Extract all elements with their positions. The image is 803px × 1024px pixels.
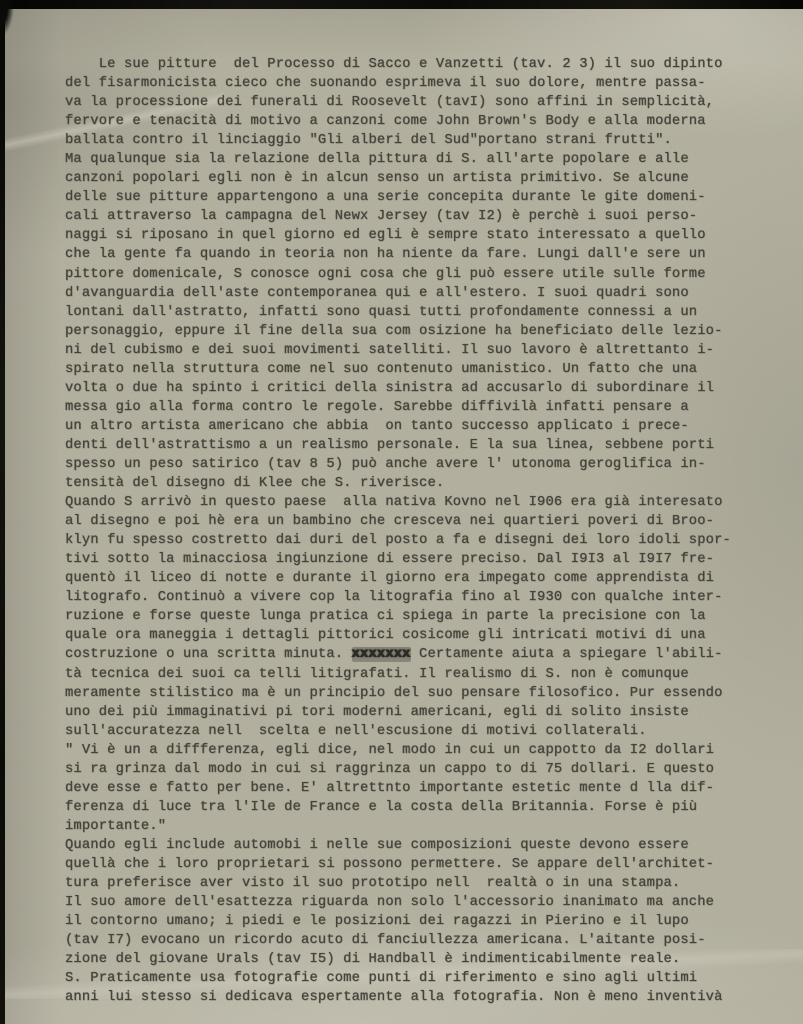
text-line: del fisarmonicista cieco che suonando es… xyxy=(65,74,765,93)
text-line: denti dell'astrattismo a un realismo per… xyxy=(65,436,765,455)
text-line: S. Praticamente usa fotografie come punt… xyxy=(65,969,765,988)
text-line: uno dei più immaginativi pi tori moderni… xyxy=(65,703,765,722)
overstruck-word: xxxxxxx xyxy=(352,647,411,662)
text-line: deve esse e fatto per bene. E' altrettnt… xyxy=(65,779,765,798)
text-line: costruzione o una scritta minuta. xxxxxx… xyxy=(65,645,765,664)
text-line: " Vi è un a diffferenza, egli dice, nel … xyxy=(65,741,765,760)
text-line: Ma qualunque sia la relazione della pitt… xyxy=(65,150,765,169)
scanned-document-page: Le sue pitture del Processo di Sacco e V… xyxy=(0,0,803,1024)
text-line: al disegno e poi hè era un bambino che c… xyxy=(65,512,765,531)
text-line: Le sue pitture del Processo di Sacco e V… xyxy=(65,55,765,74)
text-line: spirato nella struttura come nel suo con… xyxy=(65,360,765,379)
text-line: anni lui stesso si dedicava espertamente… xyxy=(65,988,765,1007)
text-line: tà tecnica dei suoi ca telli litigrafati… xyxy=(65,665,765,684)
text-line: Quando egli include automobi i nelle sue… xyxy=(65,836,765,855)
text-line: canzoni popolari egli non è in alcun sen… xyxy=(65,169,765,188)
text-line: va la processione dei funerali di Roosev… xyxy=(65,93,765,112)
text-line: quale ora maneggia i dettagli pittorici … xyxy=(65,626,765,645)
text-line: litografo. Continuò a vivere cop la lito… xyxy=(65,588,765,607)
text-line: quellà che i loro proprietari si possono… xyxy=(65,855,765,874)
text-line: cali attraverso la campagna del Newx Jer… xyxy=(65,207,765,226)
text-line: klyn fu spesso costretto dai duri del po… xyxy=(65,531,765,550)
text-line: tivi sotto la minacciosa ingiunzione di … xyxy=(65,550,765,569)
text-line: sull'accuratezza nell scelta e nell'escu… xyxy=(65,722,765,741)
text-line: un altro artista americano che abbia on … xyxy=(65,417,765,436)
text-line: delle sue pitture appartengono a una ser… xyxy=(65,188,765,207)
text-line: Quando S arrivò in questo paese alla nat… xyxy=(65,493,765,512)
text-line: ferenza di luce tra l'Ile de France e la… xyxy=(65,798,765,817)
text-line: (tav I7) evocano un ricordo acuto di fan… xyxy=(65,931,765,950)
scanner-edge-left xyxy=(0,0,5,1024)
text-line: si ra grinza dal modo in cui si raggrinz… xyxy=(65,760,765,779)
text-line: tura preferisce aver visto il suo protot… xyxy=(65,874,765,893)
text-line: quentò il liceo di notte e durante il gi… xyxy=(65,569,765,588)
text-line: che la gente fa quando in teoria non ha … xyxy=(65,245,765,264)
text-line: messa gio alla forma contro le regole. S… xyxy=(65,398,765,417)
text-line: Il suo amore dell'esattezza riguarda non… xyxy=(65,893,765,912)
text-line: naggi si riposano in quel giorno ed egli… xyxy=(65,226,765,245)
text-line: meramente stilistico ma è un principio d… xyxy=(65,684,765,703)
scanner-edge-top xyxy=(0,0,803,9)
text-line: zione del giovane Urals (tav I5) di Hand… xyxy=(65,950,765,969)
text-line: lontani dall'astratto, infatti sono quas… xyxy=(65,303,765,322)
text-line: importante." xyxy=(65,817,765,836)
text-line: il contorno umano; i piedi e le posizion… xyxy=(65,912,765,931)
text-line: d'avanguardia dell'aste contemporanea qu… xyxy=(65,284,765,303)
scanner-edge-corner xyxy=(0,0,14,34)
text-line: ruzione e forse queste lunga pratica ci … xyxy=(65,607,765,626)
paper-sheet: Le sue pitture del Processo di Sacco e V… xyxy=(5,9,803,1024)
text-line: personaggio, eppure il fine della sua co… xyxy=(65,322,765,341)
document-text: Le sue pitture del Processo di Sacco e V… xyxy=(65,55,765,1007)
text-line: volta o due ha spinto i critici della si… xyxy=(65,379,765,398)
text-line: spesso un peso satirico (tav 8 5) può an… xyxy=(65,455,765,474)
text-line: ballata contro il linciaggio "Gli alberi… xyxy=(65,131,765,150)
text-line: fervore e tenacità di motivo a canzoni c… xyxy=(65,112,765,131)
text-line: ni del cubismo e dei suoi movimenti sate… xyxy=(65,341,765,360)
text-line: tensità del disegno di Klee che S. river… xyxy=(65,474,765,493)
text-line: pittore domenicale, S conosce ogni cosa … xyxy=(65,265,765,284)
